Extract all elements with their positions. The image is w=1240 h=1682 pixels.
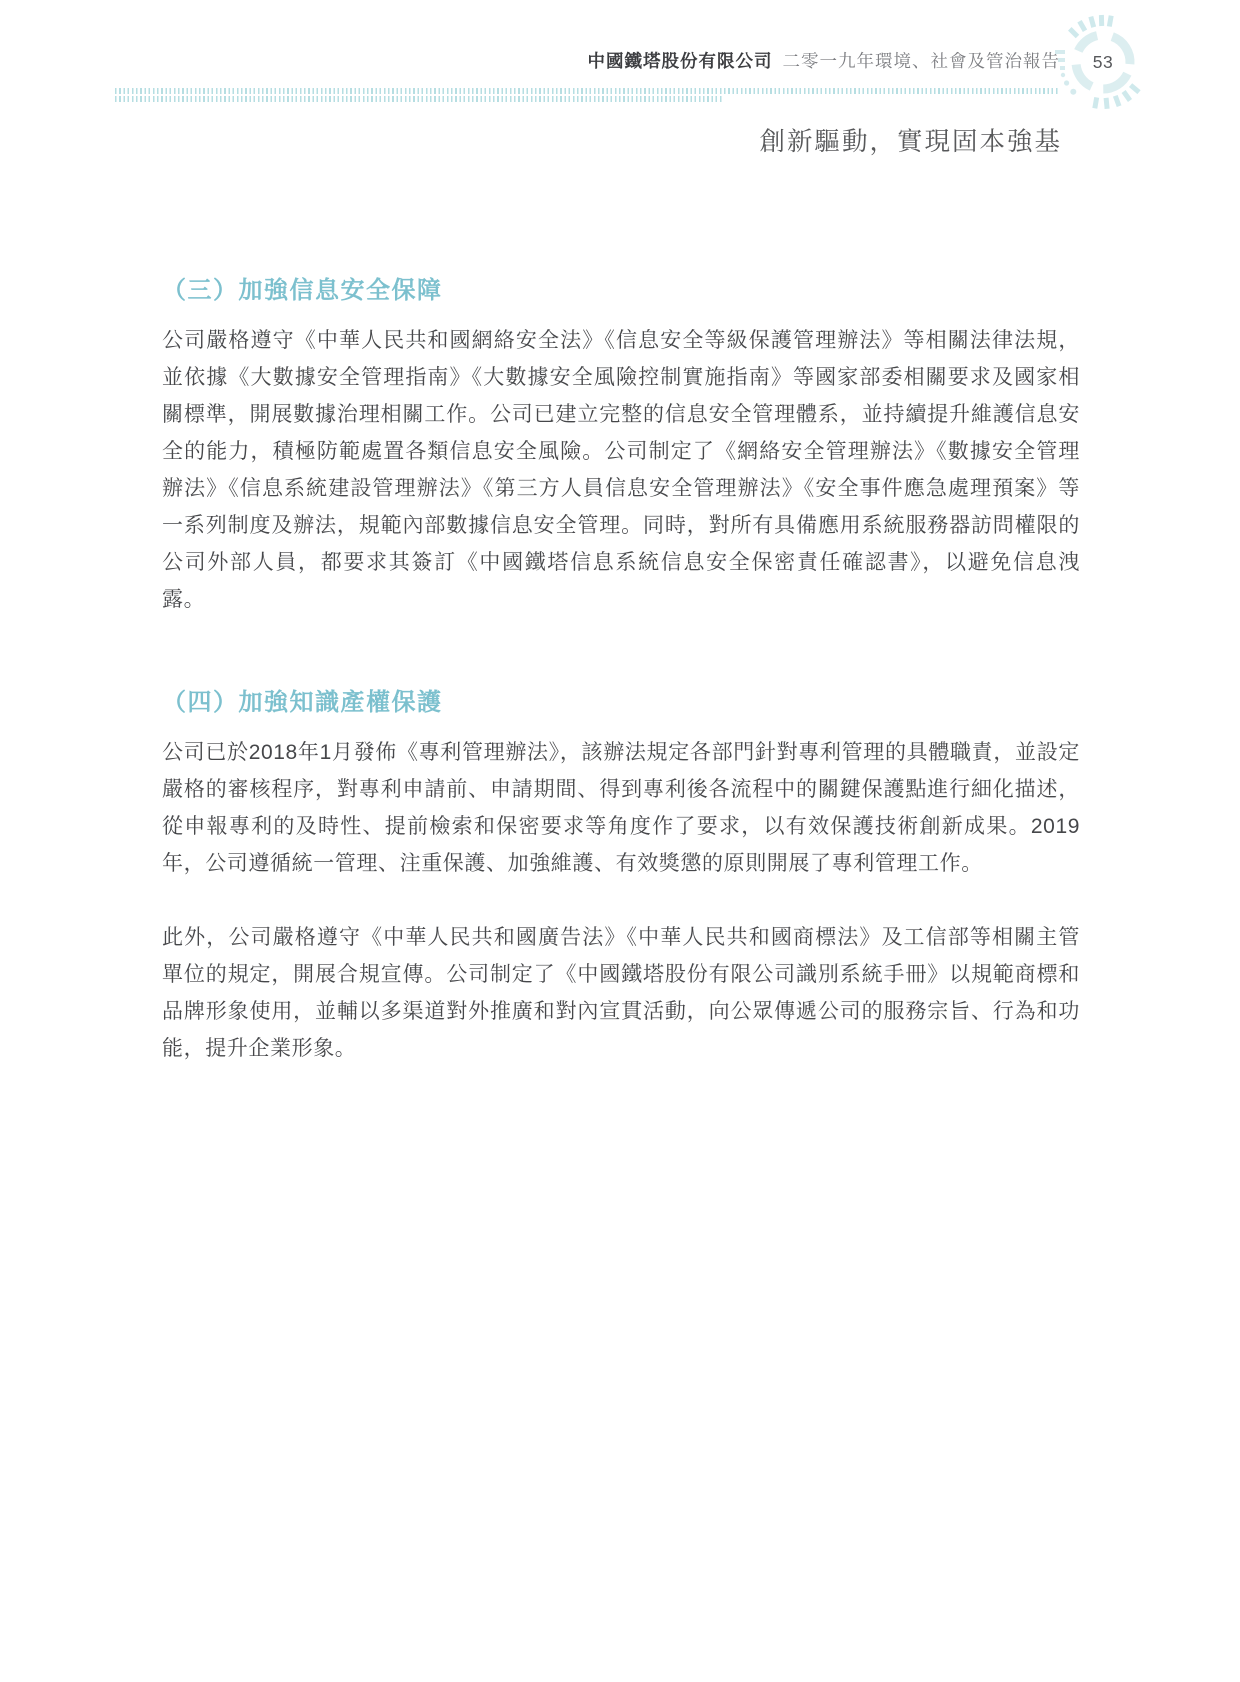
header-rule-primary: [115, 88, 1060, 94]
header-rule-secondary: [115, 96, 723, 102]
main-content: （三）加強信息安全保障 公司嚴格遵守《中華人民共和國網絡安全法》《信息安全等級保…: [162, 270, 1080, 1067]
chapter-title: 創新驅動，實現固本強基: [759, 122, 1062, 158]
section-heading: （四）加強知識產權保護: [162, 682, 1080, 717]
company-name: 中國鐵塔股份有限公司: [588, 51, 773, 71]
page-number-badge: 53: [1038, 0, 1172, 134]
paragraph: 此外，公司嚴格遵守《中華人民共和國廣告法》《中華人民共和國商標法》及工信部等相關…: [162, 919, 1080, 1067]
paragraph: 公司已於2018年1月發佈《專利管理辦法》，該辦法規定各部門針對專利管理的具體職…: [162, 734, 1080, 882]
page-number: 53: [1038, 0, 1168, 124]
section-info-security: （三）加強信息安全保障 公司嚴格遵守《中華人民共和國網絡安全法》《信息安全等級保…: [162, 270, 1080, 618]
section-ip-protection: （四）加強知識產權保護 公司已於2018年1月發佈《專利管理辦法》，該辦法規定各…: [162, 682, 1080, 1067]
paragraph: 公司嚴格遵守《中華人民共和國網絡安全法》《信息安全等級保護管理辦法》等相關法律法…: [162, 322, 1080, 618]
report-title: 二零一九年環境、社會及管治報告: [783, 51, 1061, 71]
section-heading: （三）加強信息安全保障: [162, 270, 1080, 305]
page-header: 中國鐵塔股份有限公司二零一九年環境、社會及管治報告: [588, 48, 1061, 73]
report-page: 中國鐵塔股份有限公司二零一九年環境、社會及管治報告: [0, 0, 1240, 1682]
